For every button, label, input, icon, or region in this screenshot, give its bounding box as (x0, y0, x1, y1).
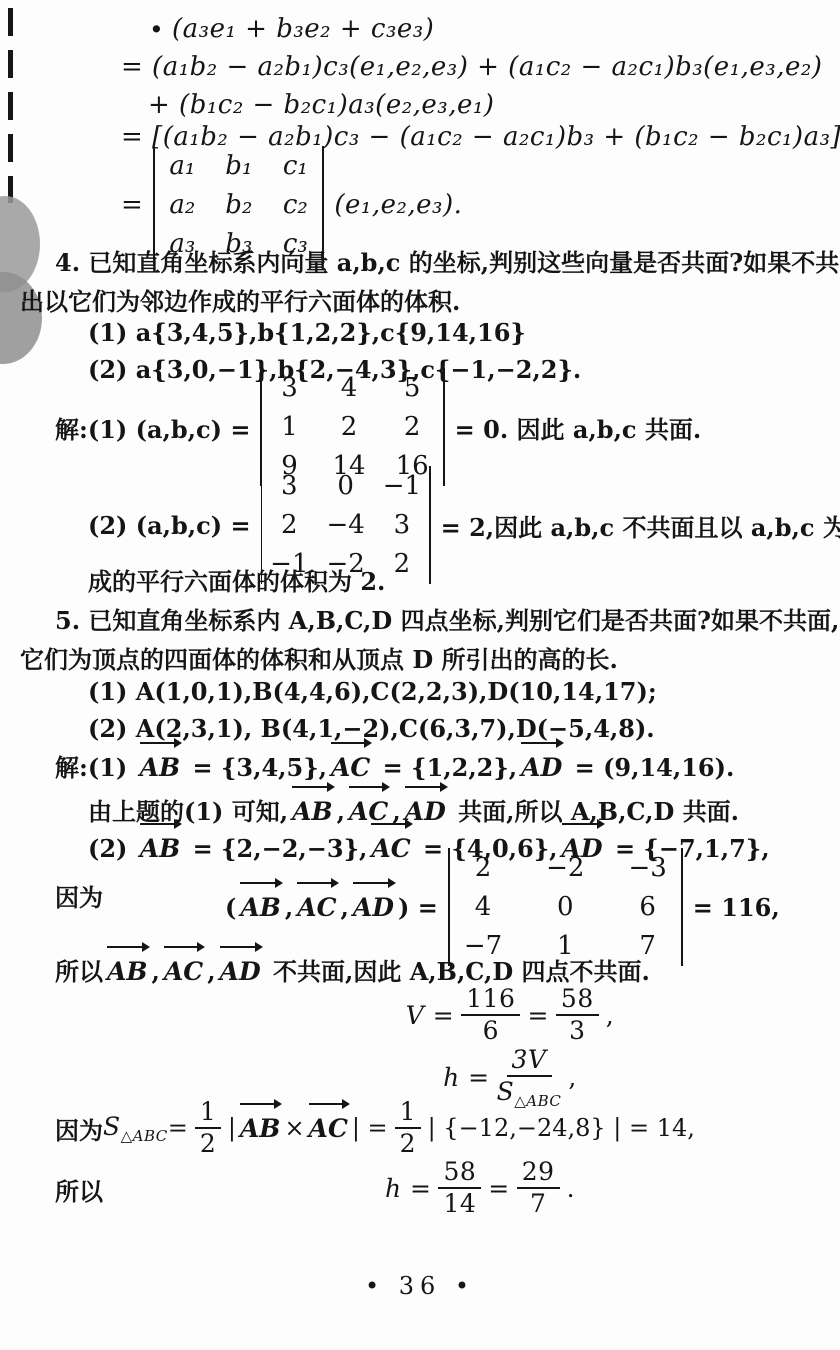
text: V = (406, 1001, 454, 1030)
text: ) = (398, 893, 438, 922)
vector-AC: AC (297, 893, 336, 922)
fraction-numerator: 1 (195, 1098, 221, 1129)
text: ( (225, 893, 236, 922)
fraction-denominator: 14 (443, 1189, 476, 1218)
solution-5-1: 解:(1) AB = {3,4,5},AC = {1,2,2},AD = (9,… (55, 748, 734, 783)
vector-label: AC (164, 957, 203, 986)
text: = (168, 1114, 188, 1142)
formula-line-1: ∙ (a₃e₁ + b₃e₂ + c₃e₃) (150, 14, 434, 44)
text: h = (385, 1174, 432, 1203)
det-cell: 3 (276, 471, 302, 501)
determinant: 2−2−3 406 −717 (448, 848, 683, 966)
vector-AB: AB (140, 753, 181, 782)
det-cell: a₁ (169, 151, 195, 181)
area-equation: 因为 S△ABC = 12 | AB × AC | = 12 | {−12,−2… (55, 1098, 695, 1158)
det-cell: −3 (628, 853, 666, 883)
text: | {−12,−24,8} | = 14, (428, 1114, 695, 1142)
fraction: 5814 (438, 1158, 481, 1218)
det-cell: 0 (333, 471, 359, 501)
det-bar-right (429, 466, 431, 584)
det-cell: a₂ (169, 190, 195, 220)
fraction: 1166 (461, 985, 520, 1045)
det-cell: 3 (276, 373, 302, 403)
because-label: 因为 (55, 878, 103, 913)
text: = (9,14,16). (566, 753, 734, 782)
fraction-denominator: 7 (530, 1189, 546, 1218)
det-cell: 2 (470, 853, 496, 883)
vector-arrow-icon (164, 946, 199, 948)
vector-label: AC (331, 753, 370, 782)
vector-arrow-icon (562, 823, 599, 825)
det-cell: 1 (276, 412, 302, 442)
fraction-numerator: 3V (507, 1046, 552, 1077)
vector-label: AB (240, 1114, 281, 1143)
text: , (152, 957, 160, 986)
fraction: 12 (395, 1098, 421, 1158)
text: (2) (88, 834, 136, 863)
text: 不共面,因此 A,B,C,D 四点不共面. (265, 957, 650, 986)
vector-AC: AC (331, 753, 370, 782)
solution-4-2-result: = 2,因此 a,b,c 不共面且以 a,b,c 为邻边作 (441, 508, 840, 543)
det-cell: −1 (383, 471, 421, 501)
det-cell: c₂ (282, 190, 308, 220)
vector-arrow-icon (220, 946, 257, 948)
vector-AB: AB (240, 1114, 281, 1143)
fraction: 12 (195, 1098, 221, 1158)
vector-arrow-icon (371, 823, 406, 825)
det-bar-right (681, 848, 683, 966)
det-cell: 6 (635, 892, 661, 922)
formula-line-2: = (a₁b₂ − a₂b₁)c₃(e₁,e₂,e₃) + (a₁c₂ − a₂… (121, 52, 822, 82)
problem-5-heading-line-2: 它们为顶点的四面体的体积和从顶点 D 所引出的高的长. (20, 640, 618, 675)
formula-line-3: + (b₁c₂ − b₂c₁)a₃(e₂,e₃,e₁) (148, 90, 494, 120)
det-cell: c₁ (282, 151, 308, 181)
triple-product-result: = 116, (693, 893, 780, 922)
vector-arrow-icon (405, 786, 442, 788)
solution-4-1-prefix: 解:(1) (a,b,c) = (55, 410, 250, 445)
problem-4-heading-line-1: 4. 已知直角坐标系内向量 a,b,c 的坐标,判别这些向量是否共面?如果不共面… (55, 243, 840, 278)
page-number: • 36 • (365, 1272, 475, 1300)
vector-label: AD (220, 957, 261, 986)
vector-label: AB (107, 957, 148, 986)
text: = {3,4,5}, (184, 753, 327, 782)
triple-product-equation: (AB,AC,AD) = 2−2−3 406 −717 = 116, (225, 848, 780, 966)
det-cell: 2 (336, 412, 362, 442)
fraction-denominator: 2 (200, 1129, 216, 1158)
vector-AD: AD (521, 753, 562, 782)
det-cell: 5 (399, 373, 425, 403)
text: , (285, 893, 293, 922)
vector-AC: AC (349, 797, 388, 826)
det-cell: 2 (276, 510, 302, 540)
det-cell: −4 (326, 510, 364, 540)
vector-AD: AD (353, 893, 394, 922)
det-cell: 0 (552, 892, 578, 922)
det-cell: 2 (399, 412, 425, 442)
equals-sign: = (121, 190, 143, 220)
fraction-numerator: 29 (517, 1158, 560, 1189)
vector-label: AB (292, 797, 333, 826)
vector-arrow-icon (292, 786, 329, 788)
fraction: 297 (517, 1158, 560, 1218)
solution-5-2-conclusion: 所以AB,AC,AD 不共面,因此 A,B,C,D 四点不共面. (55, 952, 650, 987)
vector-arrow-icon (107, 946, 144, 948)
text: = {1,2,2}, (374, 753, 517, 782)
text: . (567, 1174, 575, 1203)
vector-arrow-icon (140, 742, 177, 744)
vector-label: AB (240, 893, 281, 922)
det-cell: 4 (470, 892, 496, 922)
fraction-denominator: 6 (483, 1016, 499, 1045)
vector-label: AC (309, 1114, 348, 1143)
vector-label: AD (353, 893, 394, 922)
text: = (488, 1174, 509, 1203)
vector-arrow-icon (297, 882, 332, 884)
fraction-numerator: 1 (395, 1098, 421, 1129)
vector-arrow-icon (240, 882, 277, 884)
text: 所以 (55, 957, 103, 986)
binding-marks (8, 8, 13, 203)
text: , (341, 893, 349, 922)
vector-AB: AB (292, 797, 333, 826)
text: , (207, 957, 215, 986)
fraction-numerator: 58 (438, 1158, 481, 1189)
solution-4-1-result: = 0. 因此 a,b,c 共面. (455, 410, 702, 445)
problem-5-heading-line-1: 5. 已知直角坐标系内 A,B,C,D 四点坐标,判别它们是否共面?如果不共面,… (55, 601, 840, 636)
fraction-numerator: 58 (556, 985, 599, 1016)
vector-arrow-icon (521, 742, 558, 744)
vector-AB: AB (240, 893, 281, 922)
text: , (337, 797, 345, 826)
vector-arrow-icon (140, 823, 177, 825)
fraction: 583 (556, 985, 599, 1045)
det-cell: 4 (336, 373, 362, 403)
vector-arrow-icon (349, 786, 384, 788)
vector-arrow-icon (309, 1103, 344, 1105)
fraction-denominator: 2 (400, 1129, 416, 1158)
vector-AB: AB (107, 957, 148, 986)
text: 由上题的(1) 可知, (88, 797, 288, 826)
det-cell: b₁ (225, 151, 252, 181)
text: , (568, 1063, 576, 1092)
page-footer: • 36 • (0, 1272, 840, 1300)
text: | = (352, 1114, 388, 1142)
text: 共面,所以 A,B,C,D 共面. (450, 797, 739, 826)
vector-arrow-icon (353, 882, 390, 884)
text: 解:(1) (55, 753, 136, 782)
vector-AC: AC (309, 1114, 348, 1143)
area-symbol: S (103, 1112, 121, 1141)
text-group: (AB,AC,AD) = (225, 893, 438, 922)
vector-arrow-icon (331, 742, 366, 744)
vector-arrow-icon (240, 1103, 277, 1105)
text: , (392, 797, 400, 826)
times-sign: × (284, 1114, 304, 1142)
det-cell: 3 (389, 510, 415, 540)
volume-equation: V = 1166 = 583 , (0, 985, 840, 1045)
det-cell: −2 (546, 853, 584, 883)
det-cell: 2 (389, 549, 415, 579)
vector-label: AB (140, 834, 181, 863)
text: h = (443, 1063, 490, 1092)
fraction-numerator: 116 (461, 985, 520, 1016)
vector-label: AC (349, 797, 388, 826)
solution-5-1-conclusion: 由上题的(1) 可知,AB,AC,AD 共面,所以 A,B,C,D 共面. (88, 792, 739, 827)
problem-4-heading-line-2: 出以它们为邻边作成的平行六面体的体积. (20, 282, 460, 317)
fraction-denominator: 3 (569, 1016, 585, 1045)
vector-label: AB (140, 753, 181, 782)
text: = (527, 1001, 548, 1030)
text: | (228, 1114, 236, 1142)
because-text: 因为 (55, 1111, 103, 1146)
book-page: ∙ (a₃e₁ + b₃e₂ + c₃e₃) = (a₁b₂ − a₂b₁)c₃… (0, 0, 840, 1350)
problem-5-item-1: (1) A(1,0,1),B(4,4,6),C(2,2,3),D(10,14,1… (88, 677, 657, 706)
vector-AC: AC (164, 957, 203, 986)
vector-AD: AD (220, 957, 261, 986)
vector-AB: AB (140, 834, 181, 863)
final-height-equation: h = 5814 = 297 . (0, 1158, 840, 1218)
problem-4-item-1: (1) a{3,4,5},b{1,2,2},c{9,14,16} (88, 318, 526, 347)
basis-suffix: (e₁,e₂,e₃). (334, 190, 462, 220)
det-cell: b₂ (225, 190, 252, 220)
vector-label: AD (521, 753, 562, 782)
solution-4-2-prefix: (2) (a,b,c) = (88, 511, 251, 540)
vector-label: AC (297, 893, 336, 922)
solution-4-2-continuation: 成的平行六面体的体积为 2. (88, 562, 385, 597)
text: , (606, 1001, 614, 1030)
area-subscript: △ABC (121, 1127, 168, 1145)
